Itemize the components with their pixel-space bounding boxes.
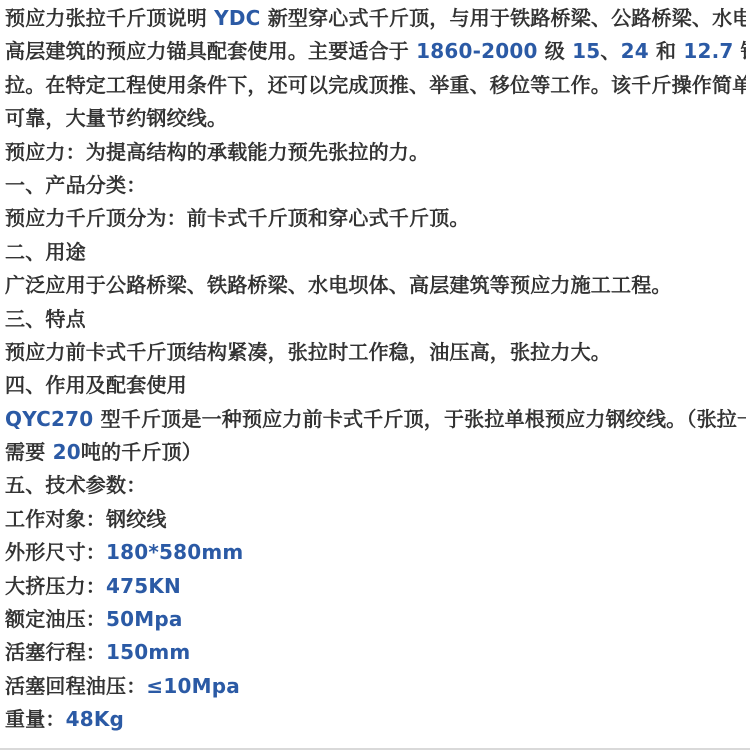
text-line-18: 大挤压力：475KN	[5, 570, 746, 603]
text-segment: 大挤压力：	[5, 574, 106, 598]
text-segment: 吨的千斤顶）	[81, 440, 202, 464]
text-line-17: 外形尺寸：180*580mm	[5, 536, 746, 569]
text-line-7: 预应力千斤顶分为：前卡式千斤顶和穿心式千斤顶。	[5, 202, 746, 235]
text-line-9: 广泛应用于公路桥梁、铁路桥梁、水电坝体、高层建筑等预应力施工工程。	[5, 269, 746, 302]
text-segment: 拉。在特定工程使用条件下，还可以完成顶推、举重、移位等工作。该千斤操作简单，性能	[5, 73, 746, 97]
accent-value: 20	[53, 440, 81, 464]
text-line-21: 活塞回程油压：≤10Mpa	[5, 670, 746, 703]
text-segment: 活塞回程油压：	[5, 674, 146, 698]
text-segment: 二、用途	[5, 240, 86, 264]
text-line-8: 二、用途	[5, 236, 746, 269]
text-line-3: 拉。在特定工程使用条件下，还可以完成顶推、举重、移位等工作。该千斤操作简单，性能	[5, 69, 746, 102]
text-line-22: 重量：48Kg	[5, 703, 746, 736]
accent-value: 15	[572, 39, 600, 63]
text-line-12: 四、作用及配套使用	[5, 369, 746, 402]
document-body: 预应力张拉千斤顶说明 YDC 新型穿心式千斤顶，与用于铁路桥梁、公路桥梁、水电工…	[0, 0, 750, 748]
accent-value: 24	[621, 39, 649, 63]
text-segment: 钢绞线的群锚张	[734, 39, 747, 63]
text-segment: 额定油压：	[5, 607, 106, 631]
text-line-11: 预应力前卡式千斤顶结构紧凑，张拉时工作稳，油压高，张拉力大。	[5, 336, 746, 369]
text-segment: 广泛应用于公路桥梁、铁路桥梁、水电坝体、高层建筑等预应力施工工程。	[5, 273, 672, 297]
text-line-10: 三、特点	[5, 303, 746, 336]
text-segment: 四、作用及配套使用	[5, 373, 187, 397]
text-line-13: QYC270 型千斤顶是一种预应力前卡式千斤顶，于张拉单根预应力钢绞线。（张拉一…	[5, 403, 746, 436]
accent-value: QYC270	[5, 407, 93, 431]
text-segment: 预应力千斤顶分为：前卡式千斤顶和穿心式千斤顶。	[5, 206, 470, 230]
text-segment: 级	[538, 39, 573, 63]
accent-value: ≤10Mpa	[146, 674, 240, 698]
accent-value: 48Kg	[66, 707, 124, 731]
text-segment: 五、技术参数：	[5, 473, 146, 497]
text-segment: 预应力：为提高结构的承载能力预先张拉的力。	[5, 140, 429, 164]
text-line-20: 活塞行程：150mm	[5, 636, 746, 669]
text-segment: 高层建筑的预应力锚具配套使用。主要适合于	[5, 39, 416, 63]
text-segment: 、	[600, 39, 620, 63]
text-segment: 新型穿心式千斤顶，与用于铁路桥梁、公路桥梁、水电工程和	[261, 6, 746, 30]
text-line-1: 预应力张拉千斤顶说明 YDC 新型穿心式千斤顶，与用于铁路桥梁、公路桥梁、水电工…	[5, 2, 746, 35]
text-segment: 和	[649, 39, 684, 63]
text-line-2: 高层建筑的预应力锚具配套使用。主要适合于 1860-2000 级 15、24 和…	[5, 35, 746, 68]
text-line-19: 额定油压：50Mpa	[5, 603, 746, 636]
text-line-16: 工作对象：钢绞线	[5, 503, 746, 536]
text-segment: 一、产品分类：	[5, 173, 146, 197]
accent-value: 50Mpa	[106, 607, 183, 631]
text-line-5: 预应力：为提高结构的承载能力预先张拉的力。	[5, 136, 746, 169]
accent-value: 150mm	[106, 640, 190, 664]
text-line-14: 需要 20吨的千斤顶）	[5, 436, 746, 469]
text-segment: 预应力张拉千斤顶说明	[5, 6, 214, 30]
text-segment: 外形尺寸：	[5, 540, 106, 564]
text-line-6: 一、产品分类：	[5, 169, 746, 202]
text-line-15: 五、技术参数：	[5, 469, 746, 502]
accent-value: 12.7	[683, 39, 733, 63]
document-page: 预应力张拉千斤顶说明 YDC 新型穿心式千斤顶，与用于铁路桥梁、公路桥梁、水电工…	[0, 0, 750, 750]
text-segment: 三、特点	[5, 307, 86, 331]
text-segment: 活塞行程：	[5, 640, 106, 664]
accent-value: 475KN	[106, 574, 181, 598]
accent-value: 180*580mm	[106, 540, 243, 564]
text-segment: 工作对象：钢绞线	[5, 507, 167, 531]
text-segment: 预应力前卡式千斤顶结构紧凑，张拉时工作稳，油压高，张拉力大。	[5, 340, 611, 364]
text-line-4: 可靠，大量节约钢绞线。	[5, 102, 746, 135]
text-segment: 型千斤顶是一种预应力前卡式千斤顶，于张拉单根预应力钢绞线。（张拉一根钢绞线	[93, 407, 746, 431]
text-segment: 需要	[5, 440, 53, 464]
text-segment: 重量：	[5, 707, 66, 731]
accent-value: 1860-2000	[416, 39, 537, 63]
text-segment: 可靠，大量节约钢绞线。	[5, 106, 227, 130]
accent-value: YDC	[214, 6, 260, 30]
